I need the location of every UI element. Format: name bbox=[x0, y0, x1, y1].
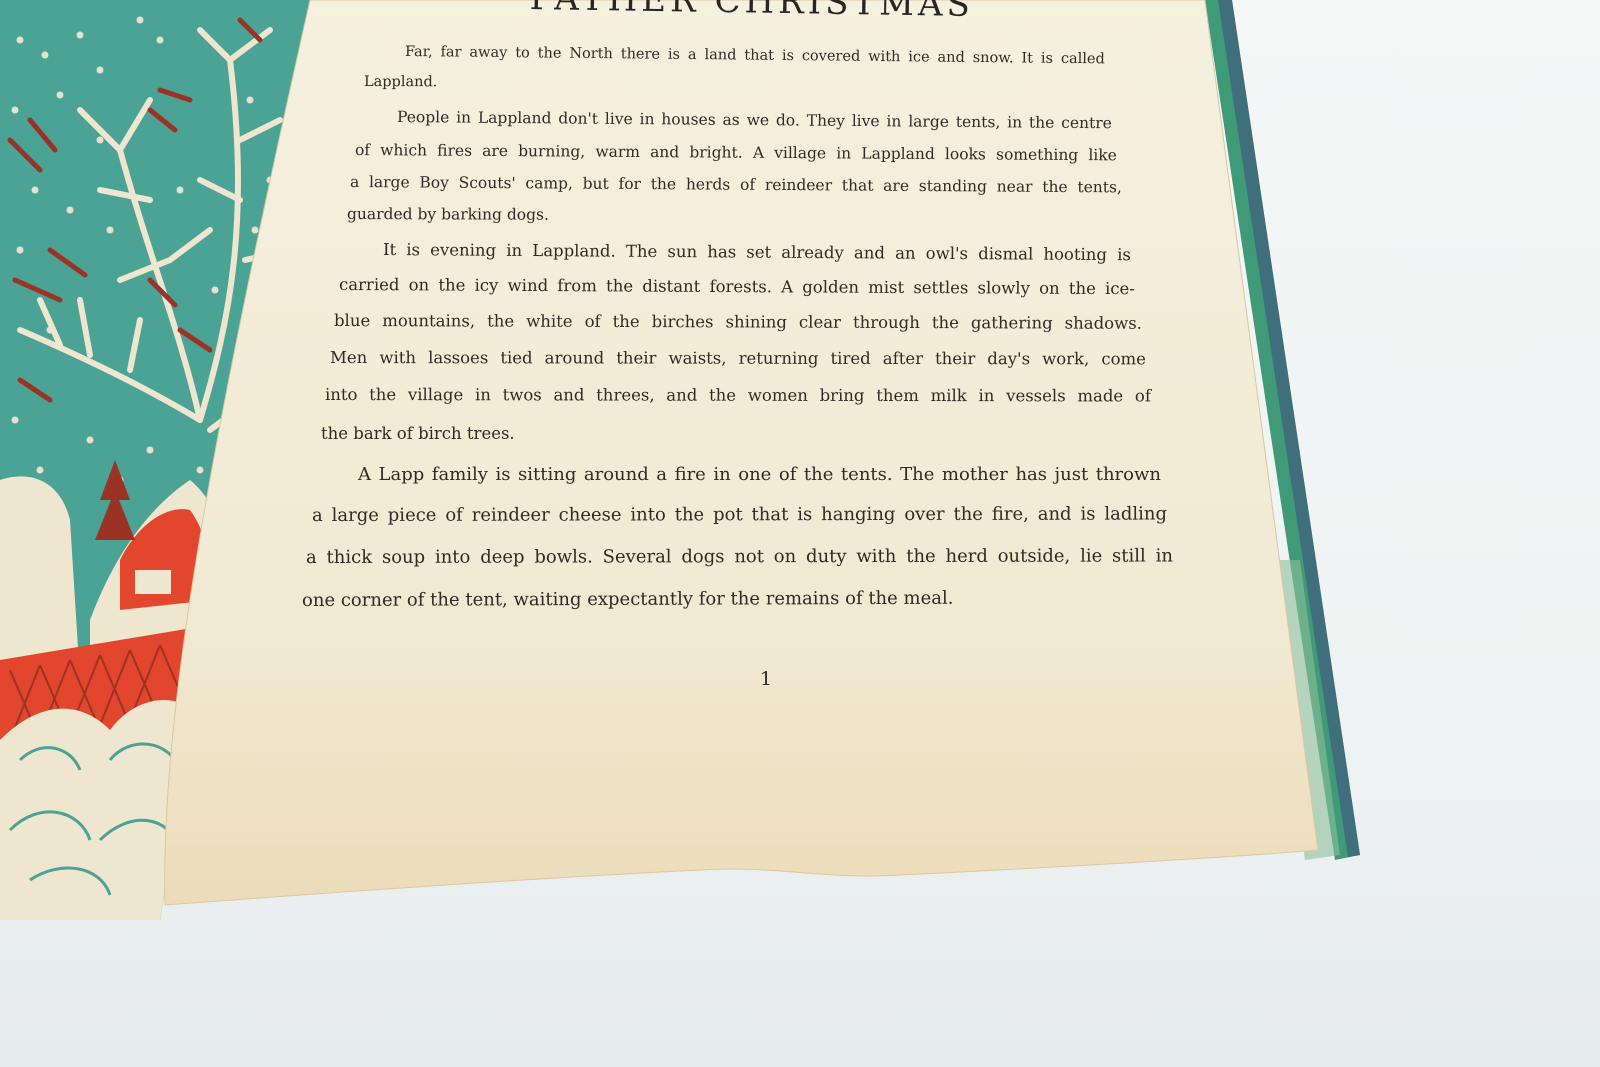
text-line: into the village in twos and threes, and… bbox=[325, 385, 1151, 405]
text-line: a large piece of reindeer cheese into th… bbox=[312, 504, 1167, 526]
text-line: Men with lassoes tied around their waist… bbox=[330, 348, 1146, 368]
text-line: a large Boy Scouts' camp, but for the he… bbox=[350, 173, 1122, 196]
page-number: 1 bbox=[760, 668, 772, 690]
text-line: one corner of the tent, waiting expectan… bbox=[302, 588, 954, 611]
text-line: a thick soup into deep bowls. Several do… bbox=[306, 545, 1173, 568]
text-line: of which fires are burning, warm and bri… bbox=[355, 141, 1117, 164]
book-page: FATHER CHRISTMAS 1 Far, far away to the … bbox=[0, 0, 1600, 1067]
text-line: carried on the icy wind from the distant… bbox=[339, 275, 1135, 298]
text-line: A Lapp family is sitting around a fire i… bbox=[358, 464, 1161, 485]
page-text: FATHER CHRISTMAS 1 Far, far away to the … bbox=[0, 0, 1600, 1067]
text-line: Far, far away to the North there is a la… bbox=[405, 44, 1105, 67]
book-photo: FATHER CHRISTMAS 1 Far, far away to the … bbox=[0, 0, 1600, 1067]
chapter-title: FATHER CHRISTMAS bbox=[529, 0, 970, 25]
text-line: People in Lappland don't live in houses … bbox=[397, 108, 1112, 132]
text-line: the bark of birch trees. bbox=[321, 424, 515, 443]
text-line: It is evening in Lappland. The sun has s… bbox=[383, 240, 1131, 264]
text-line: guarded by barking dogs. bbox=[347, 205, 549, 224]
text-line: Lappland. bbox=[364, 74, 437, 90]
text-line: blue mountains, the white of the birches… bbox=[334, 311, 1142, 333]
